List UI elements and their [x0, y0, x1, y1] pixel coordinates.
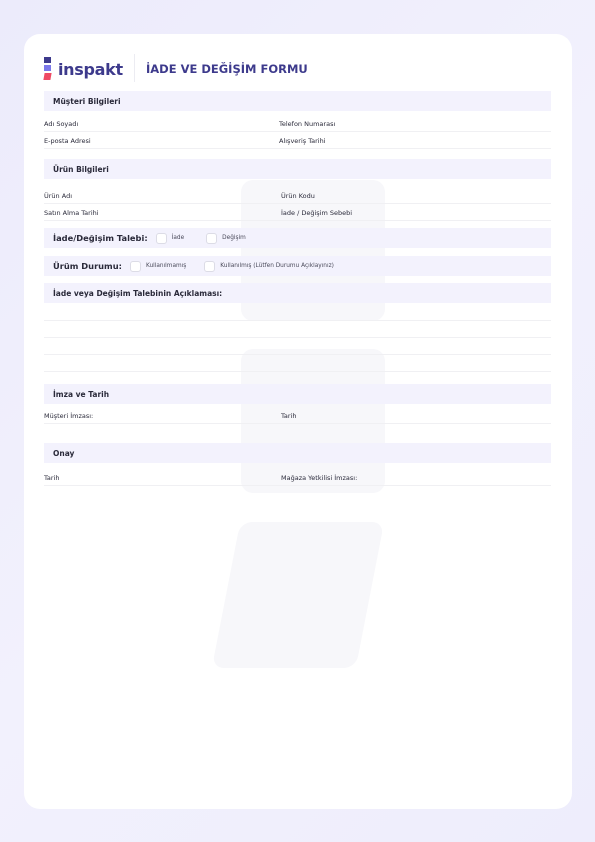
field-purchase-date[interactable]: Alışveriş Tarihi — [279, 137, 326, 145]
field-purchase-date[interactable]: Satın Alma Tarihi — [44, 209, 99, 217]
form-row: Müşteri İmzası: Tarih — [44, 407, 551, 424]
field-full-name[interactable]: Adı Soyadı — [44, 120, 78, 128]
description-line[interactable] — [44, 371, 551, 372]
form-page: inspakt İADE VE DEĞİŞİM FORMU Müşteri Bi… — [24, 34, 572, 809]
description-line[interactable] — [44, 320, 551, 321]
watermark-shape — [212, 522, 384, 668]
field-customer-signature[interactable]: Müşteri İmzası: — [44, 412, 93, 420]
field-store-signature[interactable]: Mağaza Yetkilisi İmzası: — [281, 474, 357, 482]
section-customer-info: Müşteri Bilgileri — [44, 91, 551, 111]
description-line[interactable] — [44, 337, 551, 338]
checkbox-exchange-label: Değişim — [222, 235, 246, 241]
field-product-code[interactable]: Ürün Kodu — [281, 192, 315, 200]
section-approval: Onay — [44, 443, 551, 463]
request-type-label: İade/Değişim Talebi: — [53, 233, 148, 243]
section-description: İade veya Değişim Talebinin Açıklaması: — [44, 283, 551, 303]
checkbox-return-label: İade — [172, 235, 185, 241]
logo-text: inspakt — [58, 60, 123, 79]
checkbox-unused-label: Kullanılmamış — [146, 263, 186, 269]
form-header: inspakt İADE VE DEĞİŞİM FORMU — [44, 56, 123, 82]
field-approval-date[interactable]: Tarih — [44, 474, 59, 482]
section-signature: İmza ve Tarih — [44, 384, 551, 404]
checkbox-used[interactable] — [204, 261, 215, 272]
form-row: Adı Soyadı Telefon Numarası — [44, 115, 551, 132]
form-row: Ürün Adı Ürün Kodu — [44, 187, 551, 204]
product-condition-row: Ürüm Durumu: Kullanılmamış Kullanılmış (… — [44, 256, 551, 276]
section-product-info: Ürün Bilgileri — [44, 159, 551, 179]
description-line[interactable] — [44, 354, 551, 355]
form-row: Tarih Mağaza Yetkilisi İmzası: — [44, 469, 551, 486]
field-signature-date[interactable]: Tarih — [281, 412, 296, 420]
form-title: İADE VE DEĞİŞİM FORMU — [146, 62, 308, 76]
field-phone[interactable]: Telefon Numarası — [279, 120, 335, 128]
logo-icon — [44, 57, 51, 81]
field-email[interactable]: E-posta Adresi — [44, 137, 91, 145]
field-return-reason[interactable]: İade / Değişim Sebebi — [281, 209, 352, 217]
form-row: Satın Alma Tarihi İade / Değişim Sebebi — [44, 204, 551, 221]
checkbox-used-label: Kullanılmış (Lütfen Durumu Açıklayınız) — [220, 263, 334, 269]
request-type-row: İade/Değişim Talebi: İade Değişim — [44, 228, 551, 248]
checkbox-return[interactable] — [156, 233, 167, 244]
product-condition-label: Ürüm Durumu: — [53, 261, 122, 271]
header-divider — [134, 54, 135, 82]
checkbox-unused[interactable] — [130, 261, 141, 272]
form-row: E-posta Adresi Alışveriş Tarihi — [44, 132, 551, 149]
field-product-name[interactable]: Ürün Adı — [44, 192, 72, 200]
checkbox-exchange[interactable] — [206, 233, 217, 244]
